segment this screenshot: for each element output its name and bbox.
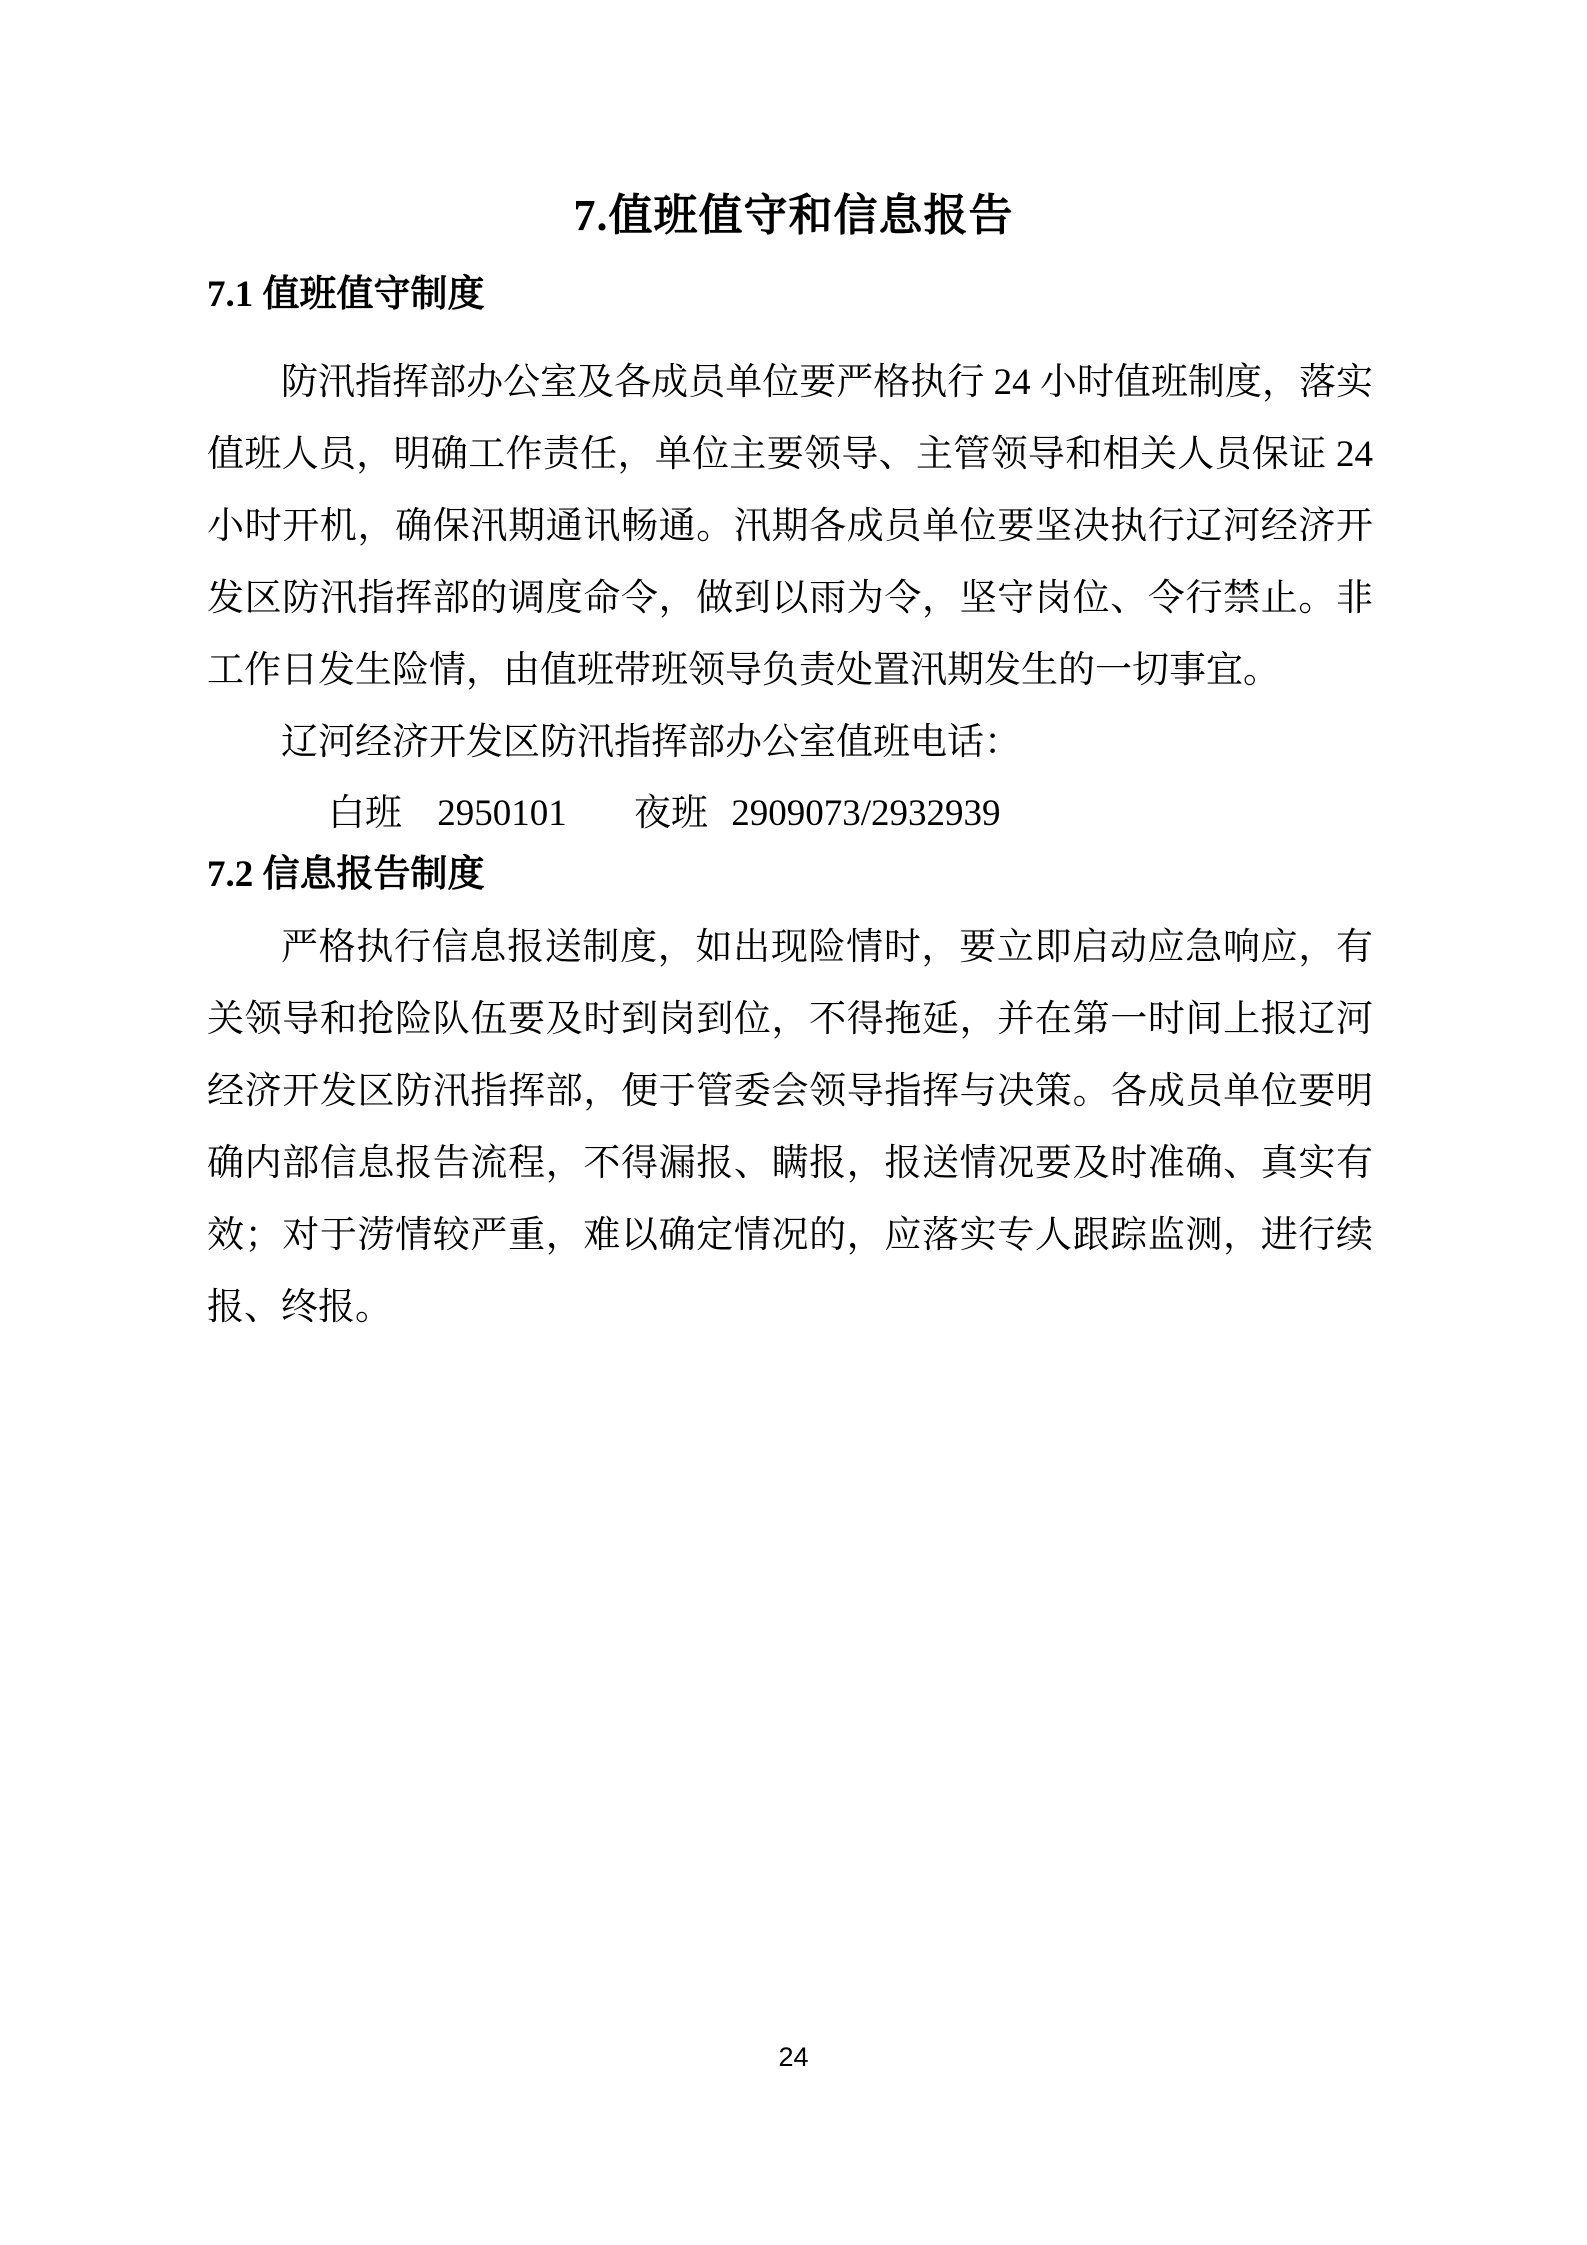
document-title: 7.值班值守和信息报告 xyxy=(0,188,1587,244)
paragraph-line: 报、终报。 xyxy=(207,1272,1373,1344)
paragraph-line: 工作日发生险情，由值班带班领导负责处置汛期发生的一切事宜。 xyxy=(207,635,1373,707)
day-shift-label: 白班 xyxy=(328,793,402,834)
paragraph-line: 关领导和抢险队伍要及时到岗到位，不得拖延，并在第一时间上报辽河 xyxy=(207,984,1373,1056)
paragraph-line: 确内部信息报告流程，不得漏报、瞒报，报送情况要及时准确、真实有 xyxy=(207,1128,1373,1200)
section-heading-7-2: 7.2 信息报告制度 xyxy=(207,852,1373,898)
duty-phone-numbers: 白班 2950101 夜班 2909073/2932939 xyxy=(328,778,1001,850)
paragraph-line: 经济开发区防汛指挥部，便于管委会领导指挥与决策。各成员单位要明 xyxy=(207,1056,1373,1128)
day-shift-number: 2950101 xyxy=(437,793,567,834)
duty-phone-intro: 辽河经济开发区防汛指挥部办公室值班电话： xyxy=(281,707,1373,779)
paragraph-line: 效；对于涝情较严重，难以确定情况的，应落实专人跟踪监测，进行续 xyxy=(207,1200,1373,1272)
paragraph-info-report: 严格执行信息报送制度，如出现险情时，要立即启动应急响应，有 关领导和抢险队伍要及… xyxy=(207,912,1373,1344)
paragraph-line: 值班人员，明确工作责任，单位主要领导、主管领导和相关人员保证 24 xyxy=(207,419,1373,491)
night-shift-label: 夜班 xyxy=(634,793,708,834)
night-shift-numbers: 2909073/2932939 xyxy=(731,793,1000,834)
document-page: 7.值班值守和信息报告 7.1 值班值守制度 防汛指挥部办公室及各成员单位要严格… xyxy=(0,0,1587,2245)
paragraph-line: 防汛指挥部办公室及各成员单位要严格执行 24 小时值班制度，落实 xyxy=(207,347,1373,419)
section-heading-7-1: 7.1 值班值守制度 xyxy=(207,272,1373,318)
paragraph-duty-system: 防汛指挥部办公室及各成员单位要严格执行 24 小时值班制度，落实 值班人员，明确… xyxy=(207,347,1373,707)
paragraph-line: 发区防汛指挥部的调度命令，做到以雨为令，坚守岗位、令行禁止。非 xyxy=(207,563,1373,635)
page-number: 24 xyxy=(0,2040,1587,2074)
paragraph-line: 严格执行信息报送制度，如出现险情时，要立即启动应急响应，有 xyxy=(207,912,1373,984)
paragraph-line: 小时开机，确保汛期通讯畅通。汛期各成员单位要坚决执行辽河经济开 xyxy=(207,491,1373,563)
